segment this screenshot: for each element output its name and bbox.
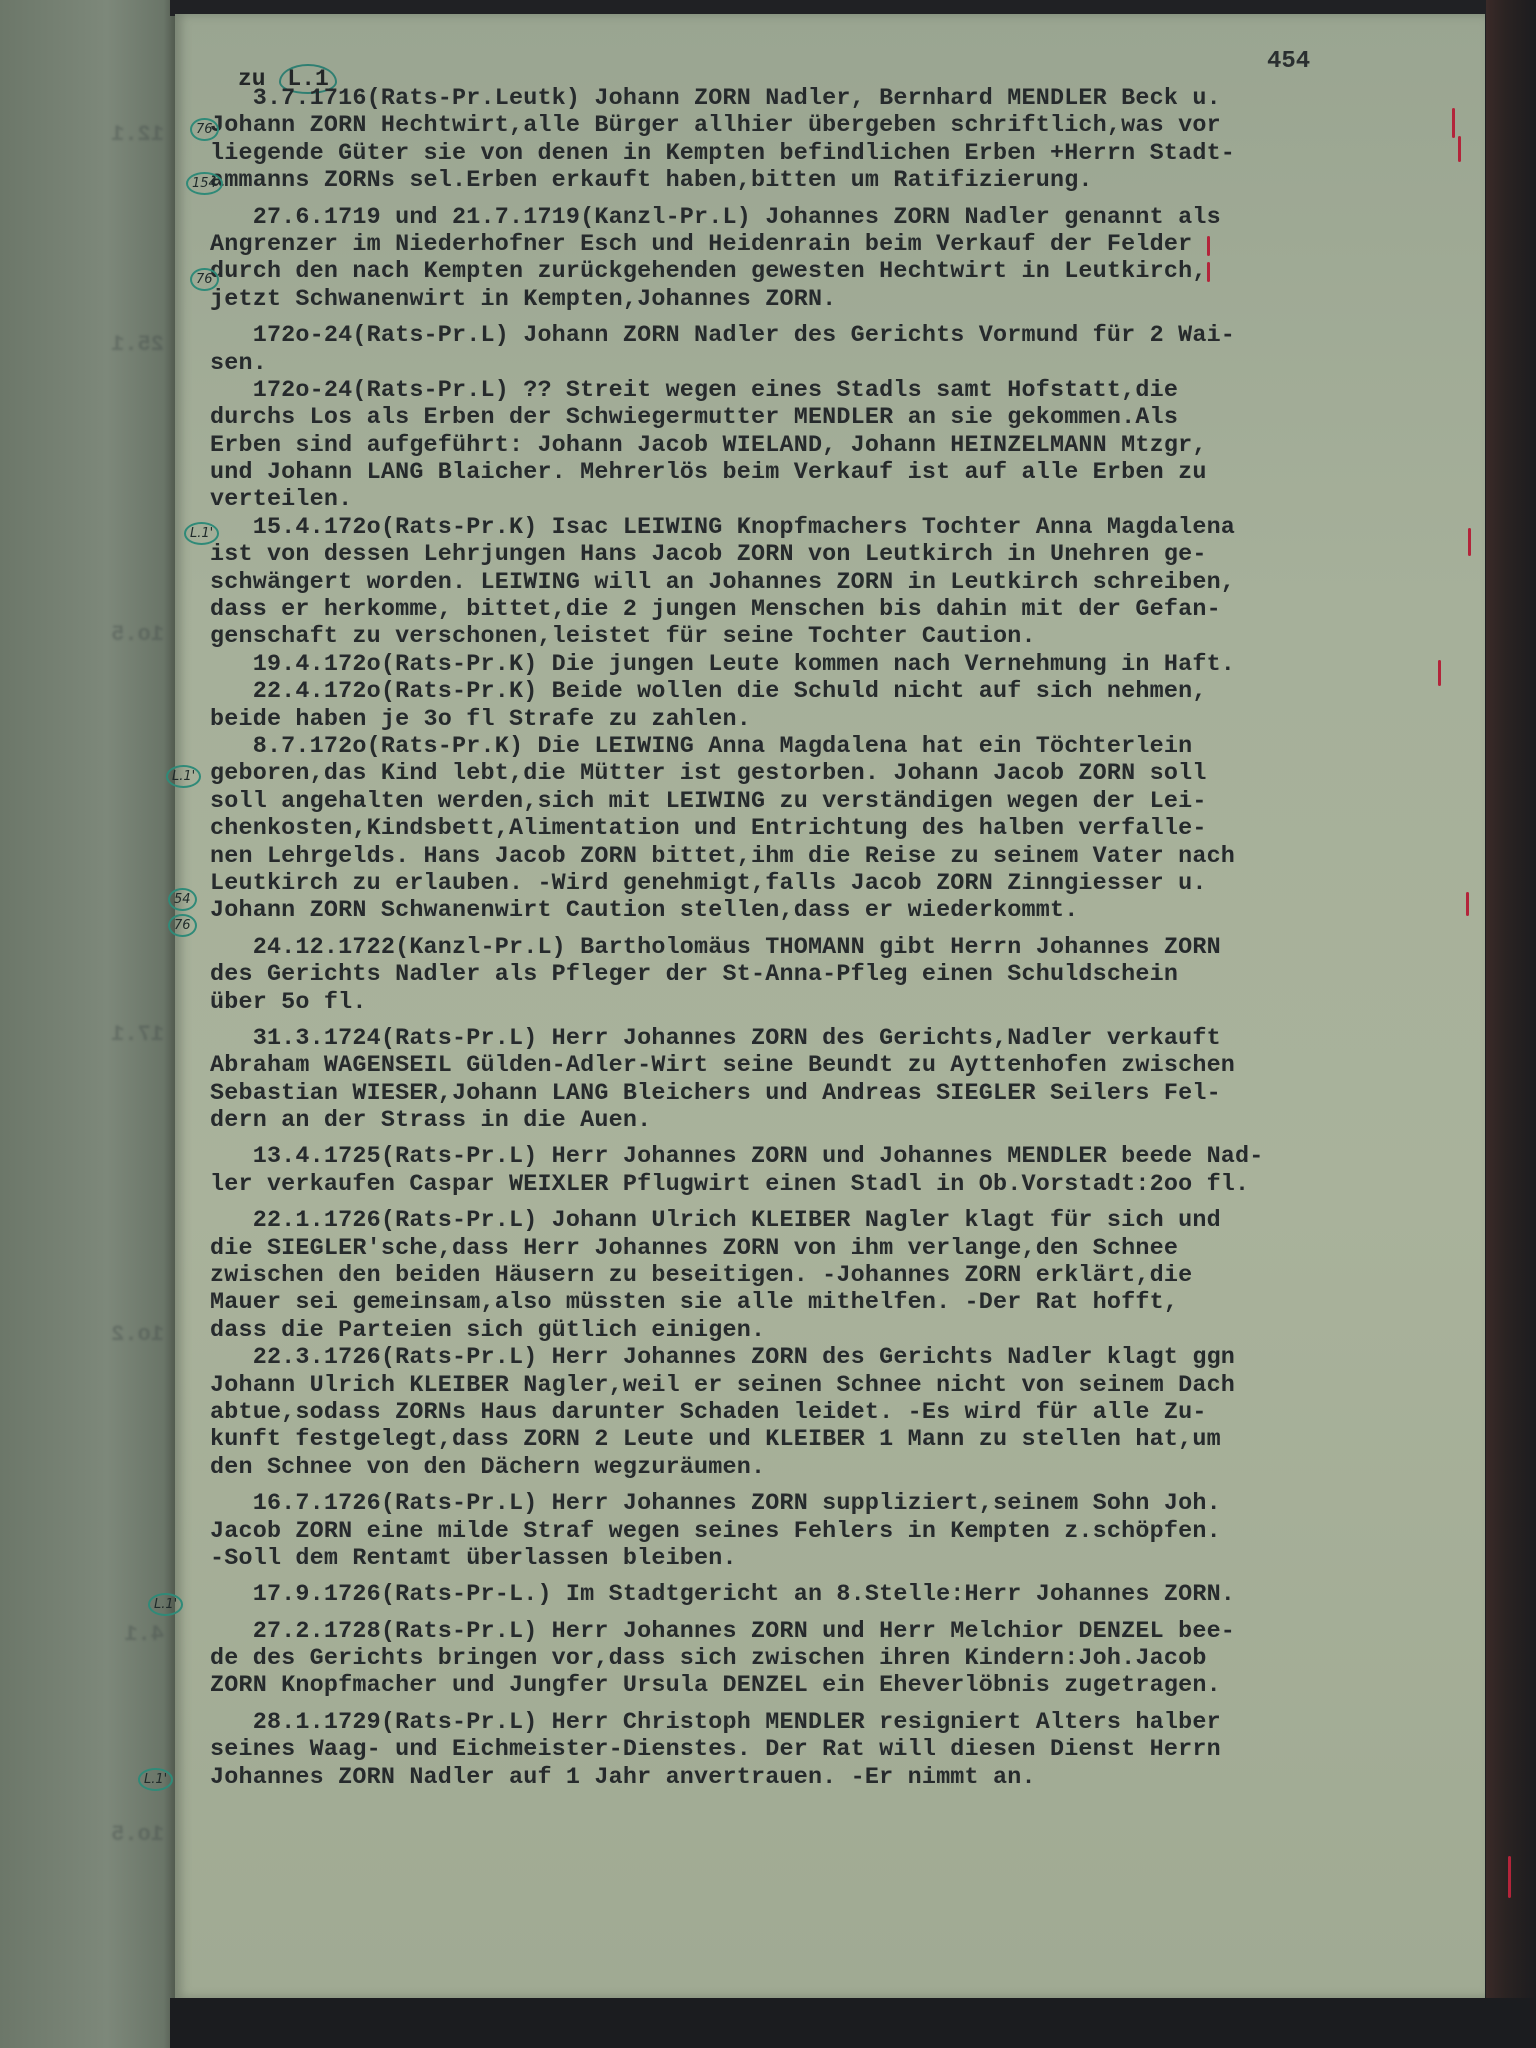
- record-entry: 22.1.1726(Rats-Pr.L) Johann Ulrich KLEIB…: [210, 1208, 1490, 1482]
- text-line: soll angehalten werden,sich mit LEIWING …: [210, 789, 1490, 816]
- text-line: abtue,sodass ZORNs Haus darunter Schaden…: [210, 1400, 1490, 1427]
- text-line: die SIEGLER'sche,dass Herr Johannes ZORN…: [210, 1236, 1490, 1263]
- text-line: chenkosten,Kindsbett,Alimentation und En…: [210, 816, 1490, 843]
- text-line: dern an der Strass in die Auen.: [210, 1108, 1490, 1135]
- record-entry: 27.2.1728(Rats-Pr.L) Herr Johannes ZORN …: [210, 1619, 1490, 1701]
- record-entry: 31.3.1724(Rats-Pr.L) Herr Johannes ZORN …: [210, 1026, 1490, 1136]
- left-page-ghost-text: 1o.2: [4, 1320, 164, 1350]
- text-line: 13.4.1725(Rats-Pr.L) Herr Johannes ZORN …: [210, 1144, 1490, 1171]
- text-line: 15.4.172o(Rats-Pr.K) Isac LEIWING Knopfm…: [210, 515, 1490, 542]
- text-line: über 5o fl.: [210, 990, 1490, 1017]
- text-line: genschaft zu verschonen,leistet für sein…: [210, 624, 1490, 651]
- margin-annotation: 154: [186, 172, 223, 195]
- margin-annotation: 76: [190, 118, 219, 141]
- text-line: den Schnee von den Dächern wegzuräumen.: [210, 1455, 1490, 1482]
- text-line: des Gerichts Nadler als Pfleger der St-A…: [210, 962, 1490, 989]
- red-margin-mark: [1508, 1856, 1511, 1898]
- text-line: 172o-24(Rats-Pr.L) ?? Streit wegen eines…: [210, 378, 1490, 405]
- text-line: Johann ZORN Hechtwirt,alle Bürger allhie…: [210, 113, 1490, 140]
- record-entry: 13.4.1725(Rats-Pr.L) Herr Johannes ZORN …: [210, 1144, 1490, 1199]
- page-number: 454: [1267, 48, 1310, 75]
- text-line: zwischen den beiden Häusern zu beseitige…: [210, 1263, 1490, 1290]
- red-margin-mark: [1452, 108, 1455, 138]
- text-line: seines Waag- und Eichmeister-Dienstes. D…: [210, 1737, 1490, 1764]
- record-entry: 3.7.1716(Rats-Pr.Leutk) Johann ZORN Nadl…: [210, 86, 1490, 196]
- margin-annotation: 76: [168, 914, 197, 937]
- text-line: 24.12.1722(Kanzl-Pr.L) Bartholomäus THOM…: [210, 935, 1490, 962]
- text-line: Erben sind aufgeführt: Johann Jacob WIEL…: [210, 433, 1490, 460]
- text-line: beide haben je 3o fl Strafe zu zahlen.: [210, 707, 1490, 734]
- text-line: schwängert worden. LEIWING will an Johan…: [210, 570, 1490, 597]
- text-line: dass die Parteien sich gütlich einigen.: [210, 1318, 1490, 1345]
- left-page-ghost-text: 25.1: [4, 330, 164, 360]
- record-entry: 28.1.1729(Rats-Pr.L) Herr Christoph MEND…: [210, 1710, 1490, 1792]
- margin-annotation: L.1': [166, 765, 201, 788]
- red-margin-mark: [1468, 528, 1471, 556]
- text-line: durch den nach Kempten zurückgehenden ge…: [210, 259, 1490, 286]
- left-page-ghost-text: 17.1: [4, 1020, 164, 1050]
- red-margin-mark: [1466, 892, 1469, 916]
- record-entry: 16.7.1726(Rats-Pr.L) Herr Johannes ZORN …: [210, 1491, 1490, 1573]
- text-line: -Soll dem Rentamt überlassen bleiben.: [210, 1546, 1490, 1573]
- text-line: 16.7.1726(Rats-Pr.L) Herr Johannes ZORN …: [210, 1491, 1490, 1518]
- text-line: durchs Los als Erben der Schwiegermutter…: [210, 405, 1490, 432]
- typewritten-body: 3.7.1716(Rats-Pr.Leutk) Johann ZORN Nadl…: [210, 86, 1490, 1801]
- background-right: [1486, 0, 1536, 2048]
- red-margin-mark: [1438, 660, 1441, 686]
- text-line: 27.6.1719 und 21.7.1719(Kanzl-Pr.L) Joha…: [210, 205, 1490, 232]
- text-line: Abraham WAGENSEIL Gülden-Adler-Wirt sein…: [210, 1053, 1490, 1080]
- margin-annotation: 54: [168, 888, 197, 911]
- margin-annotation: 76: [190, 268, 219, 291]
- text-line: ler verkaufen Caspar WEIXLER Pflugwirt e…: [210, 1172, 1490, 1199]
- text-line: 28.1.1729(Rats-Pr.L) Herr Christoph MEND…: [210, 1710, 1490, 1737]
- margin-annotation: L.1': [184, 522, 219, 545]
- left-facing-page: 12.1 25.1 1o.5 17.1 1o.2 4.1 1o.5: [0, 0, 178, 2048]
- left-page-ghost-text: 12.1: [4, 120, 164, 150]
- text-line: dass er herkomme, bittet,die 2 jungen Me…: [210, 597, 1490, 624]
- red-margin-mark: [1207, 262, 1210, 282]
- left-page-ghost-text: 1o.5: [4, 1820, 164, 1850]
- text-line: geboren,das Kind lebt,die Mütter ist ges…: [210, 761, 1490, 788]
- text-line: Mauer sei gemeinsam,also müssten sie all…: [210, 1290, 1490, 1317]
- text-line: 3.7.1716(Rats-Pr.Leutk) Johann ZORN Nadl…: [210, 86, 1490, 113]
- text-line: Johann Ulrich KLEIBER Nagler,weil er sei…: [210, 1373, 1490, 1400]
- text-line: liegende Güter sie von denen in Kempten …: [210, 141, 1490, 168]
- red-margin-mark: [1207, 236, 1210, 256]
- text-line: ist von dessen Lehrjungen Hans Jacob ZOR…: [210, 542, 1490, 569]
- text-line: 22.3.1726(Rats-Pr.L) Herr Johannes ZORN …: [210, 1345, 1490, 1372]
- text-line: und Johann LANG Blaicher. Mehrerlös beim…: [210, 460, 1490, 487]
- margin-annotation: L.1': [138, 1768, 173, 1791]
- text-line: Angrenzer im Niederhofner Esch und Heide…: [210, 232, 1490, 259]
- text-line: Jacob ZORN eine milde Straf wegen seines…: [210, 1519, 1490, 1546]
- text-line: nen Lehrgelds. Hans Jacob ZORN bittet,ih…: [210, 844, 1490, 871]
- record-entry: 24.12.1722(Kanzl-Pr.L) Bartholomäus THOM…: [210, 935, 1490, 1017]
- record-entry: 17.9.1726(Rats-Pr-L.) Im Stadtgericht an…: [210, 1582, 1490, 1609]
- text-line: Sebastian WIESER,Johann LANG Bleichers u…: [210, 1081, 1490, 1108]
- text-line: 27.2.1728(Rats-Pr.L) Herr Johannes ZORN …: [210, 1619, 1490, 1646]
- text-line: Johannes ZORN Nadler auf 1 Jahr anvertra…: [210, 1765, 1490, 1792]
- margin-annotation: L.1': [148, 1593, 183, 1616]
- text-line: Johann ZORN Schwanenwirt Caution stellen…: [210, 898, 1490, 925]
- text-line: kunft festgelegt,dass ZORN 2 Leute und K…: [210, 1427, 1490, 1454]
- text-line: 8.7.172o(Rats-Pr.K) Die LEIWING Anna Mag…: [210, 734, 1490, 761]
- text-line: 19.4.172o(Rats-Pr.K) Die jungen Leute ko…: [210, 652, 1490, 679]
- record-entry: 27.6.1719 und 21.7.1719(Kanzl-Pr.L) Joha…: [210, 205, 1490, 315]
- text-line: 22.4.172o(Rats-Pr.K) Beide wollen die Sc…: [210, 679, 1490, 706]
- text-line: 31.3.1724(Rats-Pr.L) Herr Johannes ZORN …: [210, 1026, 1490, 1053]
- record-entry: 172o-24(Rats-Pr.L) Johann ZORN Nadler de…: [210, 323, 1490, 926]
- text-line: de des Gerichts bringen vor,dass sich zw…: [210, 1646, 1490, 1673]
- text-line: 172o-24(Rats-Pr.L) Johann ZORN Nadler de…: [210, 323, 1490, 350]
- text-line: ammanns ZORNs sel.Erben erkauft haben,bi…: [210, 168, 1490, 195]
- left-page-ghost-text: 1o.5: [4, 620, 164, 650]
- text-line: Leutkirch zu erlauben. -Wird genehmigt,f…: [210, 871, 1490, 898]
- background-bottom: [170, 1998, 1536, 2048]
- text-line: sen.: [210, 351, 1490, 378]
- left-page-ghost-text: 4.1: [4, 1620, 164, 1650]
- text-line: ZORN Knopfmacher und Jungfer Ursula DENZ…: [210, 1673, 1490, 1700]
- text-line: 22.1.1726(Rats-Pr.L) Johann Ulrich KLEIB…: [210, 1208, 1490, 1235]
- text-line: jetzt Schwanenwirt in Kempten,Johannes Z…: [210, 287, 1490, 314]
- text-line: verteilen.: [210, 487, 1490, 514]
- red-margin-mark: [1458, 136, 1461, 162]
- text-line: 17.9.1726(Rats-Pr-L.) Im Stadtgericht an…: [210, 1582, 1490, 1609]
